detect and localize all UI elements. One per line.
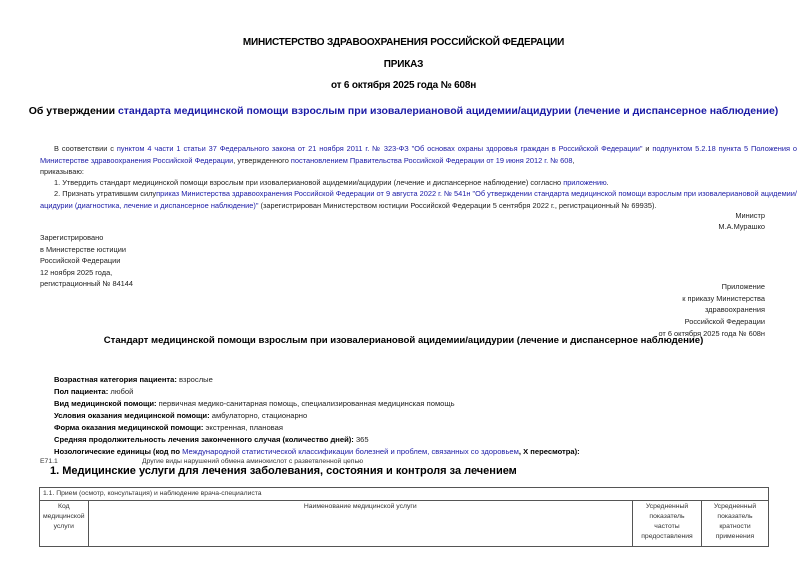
- appendix-line: к приказу Министерства: [658, 293, 765, 305]
- order-item-1: 1. Утвердить стандарт медицинской помощи…: [40, 177, 797, 189]
- field-value: первичная медико-санитарная помощь, спец…: [157, 399, 455, 408]
- item-text: (зарегистрирован Министерством юстиции Р…: [258, 201, 656, 210]
- icd-revision-link[interactable]: X пересмотра: [523, 447, 575, 456]
- appendix-link[interactable]: приложению: [563, 178, 606, 187]
- preamble-paragraph: В соответствии с пунктом 4 части 1 стать…: [40, 143, 797, 166]
- field-label: ):: [575, 447, 580, 456]
- table-subsection-row: 1.1. Прием (осмотр, консультация) и набл…: [40, 488, 769, 501]
- field-care-form: Форма оказания медицинской помощи: экстр…: [54, 422, 283, 434]
- field-value: экстренная, плановая: [203, 423, 283, 432]
- item-text: .: [607, 178, 609, 187]
- table-header-row: Код медицинской услуги Наименование меди…: [40, 501, 769, 547]
- preamble-text: В соответствии с: [54, 144, 117, 153]
- field-nosology: Нозологические единицы (код по Междунаро…: [54, 446, 580, 458]
- doc-date-heading: от 6 октября 2025 года № 608н: [0, 80, 807, 91]
- field-label: Нозологические единицы (код по: [54, 447, 182, 456]
- field-label: Средняя продолжительность лечения законч…: [54, 435, 354, 444]
- field-label: Вид медицинской помощи:: [54, 399, 157, 408]
- doc-title: Об утверждении стандарта медицинской пом…: [0, 105, 807, 117]
- registration-line: в Министерстве юстиции: [40, 244, 133, 256]
- field-duration: Средняя продолжительность лечения законч…: [54, 434, 369, 446]
- appendix-line: Российской Федерации: [658, 316, 765, 328]
- table-subsection: 1.1. Прием (осмотр, консультация) и набл…: [40, 488, 769, 501]
- appendix-line: Приложение: [658, 281, 765, 293]
- registration-block: Зарегистрировано в Министерстве юстиции …: [40, 232, 133, 290]
- order-item-2: 2. Признать утратившим силуприказ Минист…: [40, 188, 797, 211]
- appendix-reference: Приложение к приказу Министерства здраво…: [658, 281, 765, 340]
- signature-name: М.А.Мурашко: [718, 221, 765, 233]
- field-sex: Пол пациента: любой: [54, 386, 133, 398]
- nosology-name: Другие виды нарушений обмена аминокислот…: [142, 458, 363, 465]
- col-header-code: Код медицинской услуги: [40, 501, 89, 547]
- registration-line: Российской Федерации: [40, 255, 133, 267]
- item-text: 1. Утвердить стандарт медицинской помощи…: [54, 178, 563, 187]
- services-table: 1.1. Прием (осмотр, консультация) и набл…: [39, 487, 769, 547]
- registration-line: регистрационный № 84144: [40, 278, 133, 290]
- field-label: Условия оказания медицинской помощи:: [54, 411, 210, 420]
- preamble-text: , утвержденного: [233, 156, 291, 165]
- item-text: 2. Признать утратившим силу: [54, 189, 156, 198]
- field-care-type: Вид медицинской помощи: первичная медико…: [54, 398, 455, 410]
- preamble-text: ,: [573, 156, 575, 165]
- col-header-frequency: Усредненный показатель частоты предостав…: [633, 501, 702, 547]
- col-header-multiplicity: Усредненный показатель кратности примене…: [702, 501, 769, 547]
- registration-line: 12 ноября 2025 года,: [40, 267, 133, 279]
- field-age-category: Возрастная категория пациента: взрослые: [54, 374, 213, 386]
- signature-position: Министр: [735, 210, 765, 222]
- field-value: амбулаторно, стационарно: [210, 411, 308, 420]
- nosology-code: E71.1: [40, 458, 58, 465]
- field-care-conditions: Условия оказания медицинской помощи: амб…: [54, 410, 307, 422]
- order-word: приказываю:: [40, 166, 84, 178]
- appendix-line: здравоохранения: [658, 304, 765, 316]
- doc-title-link[interactable]: стандарта медицинской помощи взрослым пр…: [118, 105, 778, 117]
- col-header-name: Наименование медицинской услуги: [88, 501, 632, 547]
- registration-line: Зарегистрировано: [40, 232, 133, 244]
- section-1-title: 1. Медицинские услуги для лечения заболе…: [50, 465, 517, 477]
- field-label: Форма оказания медицинской помощи:: [54, 423, 203, 432]
- field-value: взрослые: [177, 375, 213, 384]
- ministry-heading: МИНИСТЕРСТВО ЗДРАВООХРАНЕНИЯ РОССИЙСКОЙ …: [0, 37, 807, 48]
- doc-title-prefix: Об утверждении: [29, 105, 118, 117]
- preamble-text: и: [642, 144, 652, 153]
- government-decree-link[interactable]: постановлением Правительства Российской …: [291, 156, 573, 165]
- field-value: 365: [354, 435, 369, 444]
- icd-link[interactable]: Международной статистической классификац…: [182, 447, 519, 456]
- standard-title: Стандарт медицинской помощи взрослым при…: [0, 335, 807, 346]
- doc-type-heading: ПРИКАЗ: [0, 59, 807, 70]
- field-value: любой: [108, 387, 133, 396]
- field-label: Возрастная категория пациента:: [54, 375, 177, 384]
- field-label: Пол пациента:: [54, 387, 108, 396]
- law-323-link[interactable]: пунктом 4 части 1 статьи 37 Федерального…: [117, 144, 643, 153]
